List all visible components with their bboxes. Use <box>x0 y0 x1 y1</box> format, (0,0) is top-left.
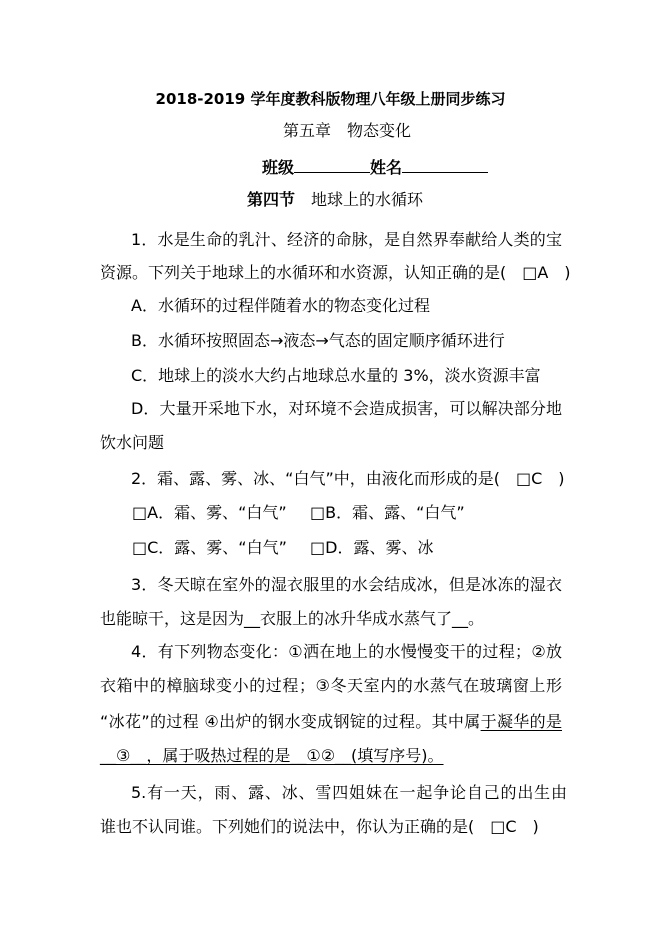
section-title: 地球上的水循环 <box>295 190 423 209</box>
question-2-option-a: □A．霜、雾、“白气” <box>132 503 287 523</box>
question-1-line-2: 资源。下列关于地球上的水循环和水资源，认知正确的是( □A ) <box>100 263 571 283</box>
question-1-option-d-continued: 饮水问题 <box>100 433 164 453</box>
class-blank <box>294 156 370 173</box>
name-label: 姓名 <box>370 158 402 177</box>
question-1-line-1: 1．水是生命的乳汁、经济的命脉，是自然界奉献给人类的宝贵 <box>131 230 562 250</box>
question-2-option-c: □C．露、雾、“白气” <box>132 538 287 558</box>
question-4-line-3-text: “冰花”的过程 ④出炉的钢水变成钢锭的过程。其中属 <box>100 712 481 731</box>
question-5-line-1: 5.有一天，雨、露、冰、雪四姐妹在一起争论自己的出生由来， <box>131 783 567 803</box>
question-2-option-d: □D．露、雾、冰 <box>310 538 433 558</box>
question-4-answer-line: __③__，属于吸热过程的是__①②__(填写序号)。 <box>100 746 444 766</box>
chapter-heading: 第五章 物态变化 <box>283 121 411 141</box>
question-4-line-2: 衣箱中的樟脑球变小的过程；③冬天室内的水蒸气在玻璃窗上形成 <box>100 676 562 696</box>
document-title: 2018-2019 学年度教科版物理八年级上册同步练习 <box>0 89 661 109</box>
question-4-line-1: 4．有下列物态变化：①洒在地上的水慢慢变干的过程；②放入 <box>131 642 562 662</box>
section-heading: 第四节 地球上的水循环 <box>247 190 423 210</box>
name-blank <box>402 156 488 173</box>
question-3-line-1: 3．冬天晾在室外的湿衣服里的水会结成冰，但是冰冻的湿衣服 <box>131 575 562 595</box>
question-5-line-2: 谁也不认同谁。下列她们的说法中，你认为正确的是( □C ) <box>100 817 539 837</box>
question-1-option-b: B．水循环按照固态→液态→气态的固定顺序循环进行 <box>131 331 505 351</box>
question-4-underlined-text: 于凝华的是 <box>481 712 562 731</box>
question-1-option-c: C．地球上的淡水大约占地球总水量的 3%，淡水资源丰富 <box>131 366 541 386</box>
section-number: 第四节 <box>247 190 295 209</box>
question-1-option-a: A．水循环的过程伴随着水的物态变化过程 <box>131 296 430 316</box>
question-2-option-b: □B．霜、露、“白气” <box>310 503 465 523</box>
question-2-line-1: 2．霜、露、雾、冰、“白气”中，由液化而形成的是( □C ) <box>131 469 565 489</box>
class-label: 班级 <box>262 158 294 177</box>
question-1-option-d: D．大量开采地下水，对环境不会造成损害，可以解决部分地区 <box>131 399 562 419</box>
question-4-line-3: “冰花”的过程 ④出炉的钢水变成钢锭的过程。其中属于凝华的是 <box>100 712 562 732</box>
class-name-row: 班级姓名 <box>262 156 488 176</box>
question-3-line-2: 也能晾干，这是因为__衣服上的冰升华成水蒸气了__。 <box>100 609 484 629</box>
